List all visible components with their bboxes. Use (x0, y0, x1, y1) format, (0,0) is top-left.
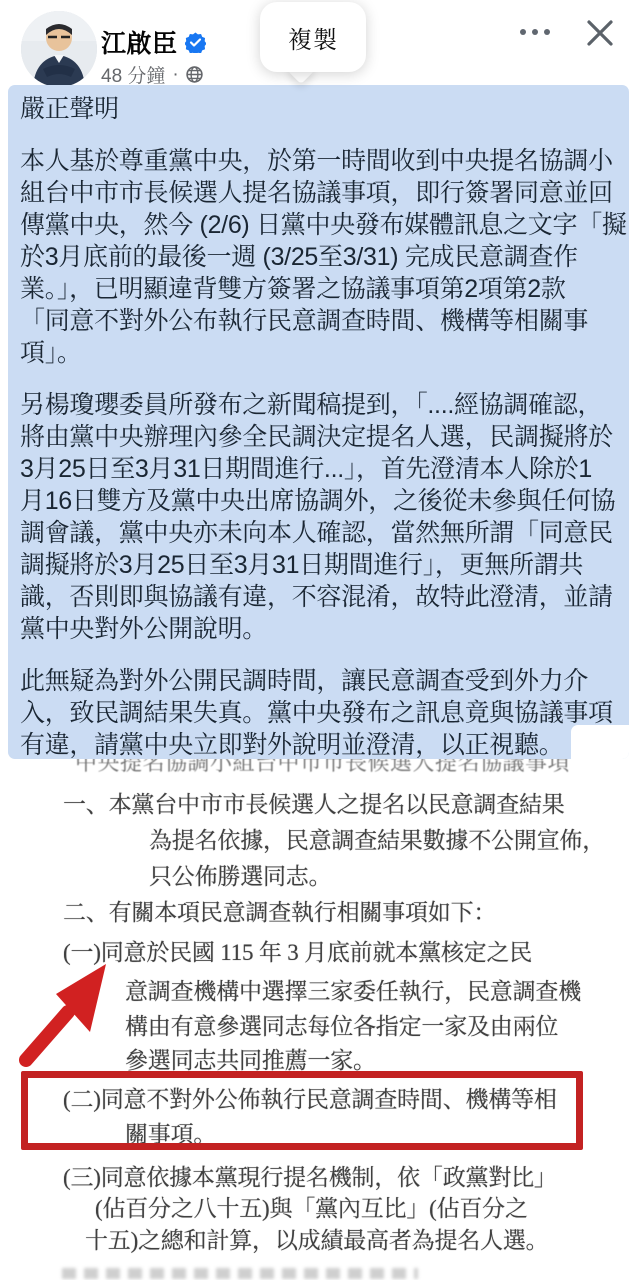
red-arrow-annotation (6, 940, 136, 1080)
post-text-line: 嚴正聲明 (20, 93, 629, 125)
post-paragraph: 本人基於尊重黨中央，於第一時間收到中央提名協調小組台中市市長候選人提名協議事項，… (20, 145, 629, 369)
post-text-line: 黨中央對外公開說明。 (20, 613, 629, 645)
document-text-line: 十五)之總和計算，以成績最高者為提名人選。 (85, 1226, 548, 1256)
document-text-line: 二、有關本項民意調查執行相關事項如下： (63, 898, 496, 928)
post-text-line: 有違，請黨中央立即對外說明並澄清，以正視聽。 (20, 729, 629, 759)
document-text-line: 為提名依據，民意調查結果數據不公開宣佈， (149, 826, 605, 856)
post-text-line: 項」。 (20, 337, 629, 369)
post-text-line: 識，否則即與協議有違，不容混淆，故特此澄清，並請 (20, 581, 629, 613)
post-text-line: 於3月底前的最後一週 (3/25至3/31) 完成民意調查作 (20, 241, 629, 273)
post-text-line: 此無疑為對外公開民調時間，讓民意調查受到外力介 (20, 665, 629, 697)
red-highlight-box-annotation (21, 1071, 583, 1150)
copy-tooltip-label: 複製 (288, 20, 338, 55)
document-text-line: 意調查機構中選擇三家委任執行，民意調查機 (125, 977, 581, 1007)
post-text-line: 傳黨中央，然今 (2/6) 日黨中央發布媒體訊息之文字「擬 (20, 209, 629, 241)
document-text-line: (三)同意依據本黨現行提名機制，依「政黨對比」 (63, 1163, 557, 1193)
facebook-post-view: 中央提名協調小組台中市市長候選人提名協議事項 一、本黨台中市市長候選人之提名以民… (0, 0, 637, 1280)
document-text-line: 一、本黨台中市市長候選人之提名以民意調查結果 (63, 790, 565, 820)
post-text-selected[interactable]: 嚴正聲明本人基於尊重黨中央，於第一時間收到中央提名協調小組台中市市長候選人提名協… (8, 85, 629, 759)
post-text-line: 組台中市市長候選人提名協議事項，即行簽署同意並回 (20, 177, 629, 209)
post-text-line: 「同意不對外公布執行民意調查時間、機構等相關事 (20, 305, 629, 337)
post-paragraph: 嚴正聲明 (20, 93, 629, 125)
post-text-line: 入，致民調結果失真。黨中央發布之訊息竟與協議事項 (20, 697, 629, 729)
document-text-line: 只公佈勝選同志。 (149, 862, 331, 892)
post-text-line: 調擬將於3月25日至3月31日期間進行」，更無所謂共 (20, 549, 629, 581)
document-text-line: (佔百分之八十五)與「黨內互比」(佔百分之 (95, 1194, 528, 1224)
post-text-line: 月16日雙方及黨中央出席協調外，之後從未參與任何協 (20, 485, 629, 517)
post-text-line: 3月25日至3月31日期間進行...」，首先澄清本人除於1 (20, 453, 629, 485)
post-paragraph: 另楊瓊瓔委員所發布之新聞稿提到，「....經協調確認，將由黨中央辦理內參全民調決… (20, 389, 629, 645)
selection-end-notch (571, 725, 629, 759)
document-text-line: 構由有意參選同志每位各指定一家及由兩位 (125, 1012, 558, 1042)
document-faint-bottom-line (62, 1268, 418, 1279)
post-text-line: 調會議，黨中央亦未向本人確認，當然無所謂「同意民 (20, 517, 629, 549)
post-paragraph: 此無疑為對外公開民調時間，讓民意調查受到外力介入，致民調結果失真。黨中央發布之訊… (20, 665, 629, 759)
post-text-line: 將由黨中央辦理內參全民調決定提名人選，民調擬將於 (20, 421, 629, 453)
post-text-line: 另楊瓊瓔委員所發布之新聞稿提到，「....經協調確認， (20, 389, 629, 421)
post-text-line: 業。」，已明顯違背雙方簽署之協議事項第2項第2款 (20, 273, 629, 305)
post-text-line: 本人基於尊重黨中央，於第一時間收到中央提名協調小 (20, 145, 629, 177)
copy-tooltip-button[interactable]: 複製 (260, 2, 366, 72)
